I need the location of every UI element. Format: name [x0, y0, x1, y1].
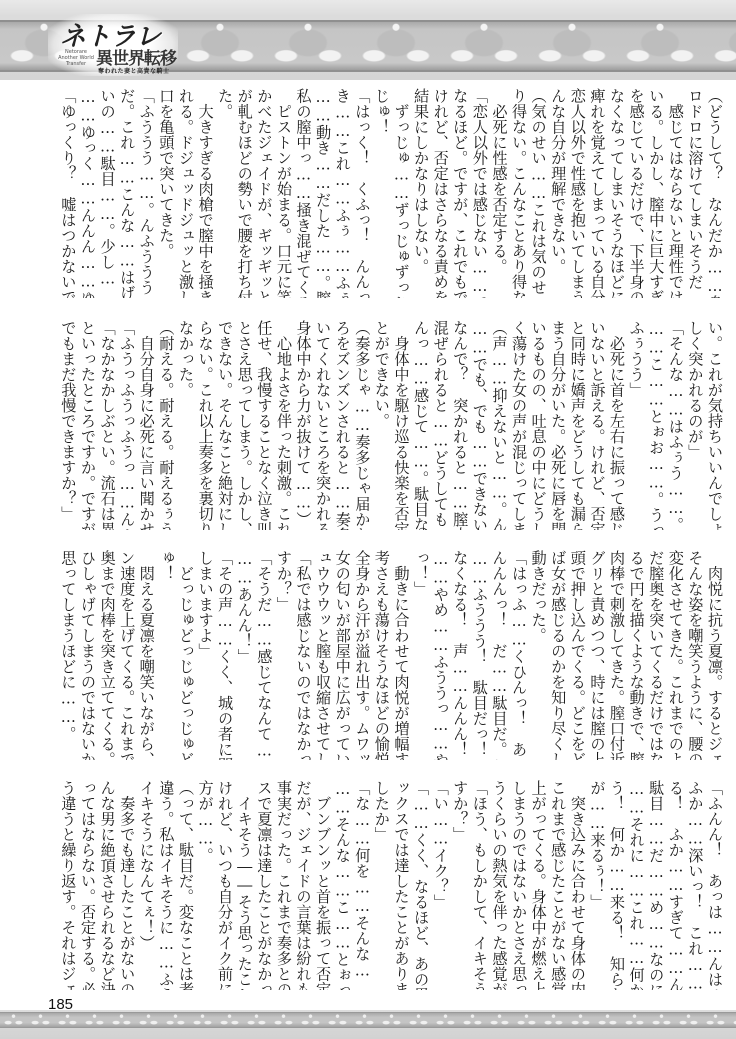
text-column: 駄目……だ……め……なのに……声が — [646, 780, 666, 990]
text-column: 痺れを覚えてしまっている自分がいた。 — [587, 88, 607, 298]
text-column: い。これが気持ちいいんでしょ？ 激 — [704, 320, 724, 530]
text-column: 「その声……くく、城の者に聞かれて — [215, 550, 235, 760]
text-column: ろをズンズンされると……奏多じゃ突 — [332, 320, 352, 530]
text-column: 「はっく！ くふっ！ んんっ……動 — [352, 88, 372, 298]
text-column: 変化させてきた。これまでのようにた — [665, 550, 685, 760]
text-column: しまうのではないかとさえ思ってしま — [508, 780, 528, 990]
text-column: ひしゃげてしまうのではないかとさえ — [77, 550, 97, 760]
text-column: れる。ドジュッドジュッと激しく子宮 — [175, 88, 195, 298]
text-column: 頭で押し込んでくる。どこをどう弄れ — [567, 550, 587, 760]
text-column: が軋むほどの勢いで腰を打ち付けてき — [234, 88, 254, 298]
text-column: すか？」 — [450, 780, 470, 990]
text-column: く蕩けた女の声が混じってしまう。 — [508, 320, 528, 530]
text-column: なくなってしまいそうなほどに、甘い — [606, 88, 626, 298]
text-column: っ！」 — [411, 550, 431, 760]
text-column: 「はっふ……くひんっ！ あっは…… — [508, 550, 528, 760]
text-column: イキそうになんてぇ！） — [136, 780, 156, 990]
text-column: けれど、いつも自分がイク前に奏多の — [215, 780, 235, 990]
text-column: ……でも、でも……できない。これ…… — [469, 320, 489, 530]
text-column: スで夏凛は達したことがなかった。 — [254, 780, 274, 990]
text-column: 私の膣中っ……掻き混ぜてくる……」 — [293, 88, 313, 298]
text-column: なんで？ 突かれると……膣中を掻き — [450, 320, 470, 530]
text-column: 大きすぎる肉槍で膣中を掻き混ぜら — [195, 88, 215, 298]
text-column: う違うと繰り返す。それはジェイドだ — [58, 780, 78, 990]
text-column: いないと訴える。けれど、否定の言葉 — [587, 320, 607, 530]
text-column: 肉棒で刺激してきた。膣口付近をグリ — [606, 550, 626, 760]
text-column: 違う。私はイキそうに……ふうう…… — [156, 780, 176, 990]
text-column: 女の匂いが部屋中に広がっていく。ギ — [332, 550, 352, 760]
text-column: 「ゆっくり？ 嘘はつかないでくださ — [58, 88, 78, 298]
text-column: ……動き……だした……。膣中っ…… — [313, 88, 333, 298]
text-column: 全身から汗が溢れ出す。ムワッとした — [352, 550, 372, 760]
text-column: できない。そんなこと絶対にしてはな — [215, 320, 235, 530]
text-column: 突き込みに合わせて身体の内側から — [567, 780, 587, 990]
text-column: り得ない。こんなことあり得ない） — [508, 88, 528, 298]
text-column: 身体中から力が抜けて……） — [293, 320, 313, 530]
text-column: したか」 — [371, 780, 391, 990]
text-column: グリと責めつつ、時には膣の上側を亀 — [587, 550, 607, 760]
text-column: じゅ！ — [371, 88, 391, 298]
text-column: 必死に性感を否定する。 — [489, 88, 509, 298]
text-column: と同時に嬌声をどうしても漏らしてし — [567, 320, 587, 530]
text-column: とさえ思ってしまう。しかし、それは — [234, 320, 254, 530]
text-column: た。 — [215, 88, 235, 298]
text-column: ……ゆっく……んんん……ゆっくり」 — [77, 88, 97, 298]
text-column: 恋人以外で性感を抱いてしまう――そ — [567, 88, 587, 298]
text-column: でもまだ我慢できますか？」 — [58, 320, 78, 530]
text-column: かべたジェイドが、ギッギッとベッド — [254, 88, 274, 298]
text-column: しまいますよ」 — [195, 550, 215, 760]
text-column: 「そうだ……感じてなんて……あっ…… — [254, 550, 274, 760]
text-column: ずっじゅ……ずっじゅずっじゅずっ — [391, 88, 411, 298]
text-column: なくなる！ 声……んんん！ 我慢が — [450, 550, 470, 760]
text-column: 「い……イク？」 — [430, 780, 450, 990]
text-column: ……こ……とぉお……。うっうっ……う — [646, 320, 666, 530]
text-column: ……ふううう！ 駄目だっ！ 抑えられ — [469, 550, 489, 760]
text-column: を感じているだけで、下半身の感覚が — [626, 88, 646, 298]
text-column: ……あんん！」 — [234, 550, 254, 760]
text-column: 「な……何を……そんな……んんんっ — [352, 780, 372, 990]
text-column: 混ぜられると……どうしても……んん — [430, 320, 450, 530]
text-column: だ。これ……こんな……はげ……激し — [117, 88, 137, 298]
text-column: ブンブンッと首を振って否定する。 — [313, 780, 333, 990]
text-column: 思ってしまうほどに……。 — [58, 550, 78, 760]
text-column: 動きに合わせて肉悦が増幅する。思 — [391, 550, 411, 760]
text-column: ふか……深いっ！ これ……深すぎ — [685, 780, 705, 990]
text-column: だが、ジェイドの言葉は紛れもない — [293, 780, 313, 990]
text-column: 任せ、我慢することなく泣き叫びたい — [254, 320, 274, 530]
text-column: 「恋人以外では感じない……ですか。 — [469, 88, 489, 298]
text-column: ……やめ……ふううっ……やめろぉお — [430, 550, 450, 760]
text-column: 「……くく、なるほど、あの男とのセ — [411, 780, 431, 990]
text-column: （奏多じゃ……奏多じゃ届かないとこ — [352, 320, 372, 530]
text-column: けれど、否定はさらなる責めを生む — [430, 88, 450, 298]
text-column: 方が……。 — [195, 780, 215, 990]
text-column: 「なかなかしぶとい。流石は異空騎士 — [97, 320, 117, 530]
text-column: るで円を描くような動きで、膣全体を — [626, 550, 646, 760]
text-column: いる。しかし、膣中に巨大すぎる肉棒 — [646, 88, 666, 298]
text-column: そんな姿を嘲笑うように、腰の動きを — [685, 550, 705, 760]
text-column: ン速度を上げてくる。これまで以上に — [117, 550, 137, 760]
logo-english-subtitle: Netorare Another World Transfer — [56, 49, 96, 67]
text-column: が……来るぅ！」 — [587, 780, 607, 990]
text-column: 「ふううう……。んふううう……。駄目 — [136, 88, 156, 298]
text-column: 「ほう、もしかして、イキそうなので — [469, 780, 489, 990]
text-column: いの……駄目……。少し……もう少し — [97, 88, 117, 298]
text-column: 「ふうっふうっふうっ……んふううっ — [117, 320, 137, 530]
text-column: る！ ふか……すぎて……んん！ — [665, 780, 685, 990]
text-column: ピストンが始まる。口元に笑みを浮 — [273, 88, 293, 298]
text-column: 動きだった。 — [528, 550, 548, 760]
text-column: 事実だった。これまで奏多とのセック — [273, 780, 293, 990]
text-column: ックスでは達したことがありませんで — [391, 780, 411, 990]
text-column: だ膣奥を突いてくるだけではない。ま — [646, 550, 666, 760]
text-column: 肉悦に抗う夏凛。するとジェイドは — [704, 550, 724, 760]
text-column: なかった。 — [175, 320, 195, 530]
text-column: き……これ……ふぅ……ふぅ……ふぅ — [332, 88, 352, 298]
text-column: 口を亀頭で突いてきた。 — [156, 88, 176, 298]
text-column: ゅ！ — [156, 550, 176, 760]
text-tier-2: い。これが気持ちいいんでしょ？ 激しく突かれるのが」「そんな……はふぅう……。そ… — [40, 320, 724, 530]
text-column: んな自分が理解できない。 — [548, 88, 568, 298]
text-column: いてくれないところを突かれると…… — [313, 320, 333, 530]
text-column: んんんっ！ だ……駄目だ。これは…… — [489, 550, 509, 760]
text-column: ば女が感じるのかを知り尽くしている — [548, 550, 568, 760]
text-column: まう自分がいた。必死に唇を閉じては — [548, 320, 568, 530]
text-column: ロドロに溶けてしまいそうだ……） — [685, 88, 705, 298]
text-column: 身体中を駆け巡る快楽を否定するこ — [391, 320, 411, 530]
text-column: （気のせい……これは気のせいだ。あ — [528, 88, 548, 298]
text-column: んっ……感じて……。駄目なのに……） — [411, 320, 431, 530]
text-tier-3: 肉悦に抗う夏凛。するとジェイドはそんな姿を嘲笑うように、腰の動きを変化させてきた… — [40, 550, 724, 760]
text-column: どっじゅどっじゅどっじゅどっじゅどっじ — [175, 550, 195, 760]
bottom-ornamental-border — [0, 1012, 736, 1028]
logo-tagline: 奪われた妻と高貴な騎士 — [98, 66, 170, 75]
text-tier-1: （どうして？ なんだか……身体がドロドロに溶けてしまいそうだ……） 感じてはなら… — [40, 88, 724, 298]
text-column: （って、駄目だ。変なことは考えるな。 — [175, 780, 195, 990]
text-column: 心地よさを伴った刺激。これに身を — [273, 320, 293, 530]
text-column: らない。これ以上奏多を裏切りたくは — [195, 320, 215, 530]
text-column: ってはならない。否定する。必死に違 — [77, 780, 97, 990]
text-column: 「そんな……はふぅう……。そんな…… — [665, 320, 685, 530]
text-column: （どうして？ なんだか……身体がド — [704, 88, 724, 298]
text-column: 「私では感じないのではなかったので — [293, 550, 313, 760]
text-column: 必死に首を左右に振って感じてなど — [606, 320, 626, 530]
text-column: 奥まで肉棒を突き立ててくる。子宮が — [97, 550, 117, 760]
text-column: いるものの、吐息の中にどうしても甘 — [528, 320, 548, 530]
text-column: イキそう――そう思ったことはある。 — [234, 780, 254, 990]
text-column: （耐える。耐える。耐えるぅううっ！ — [156, 320, 176, 530]
text-column: とができない。 — [371, 320, 391, 530]
text-column: といったところですか。ですが、これ — [77, 320, 97, 530]
text-column: うくらいの熱気を伴った感覚が……。 — [489, 780, 509, 990]
text-column: 結果にしかなりはしない。 — [411, 88, 431, 298]
text-column: 上がってくる。身体中が燃え上がって — [528, 780, 548, 990]
text-column: ュウウウッと膣も収縮させてしまう。 — [313, 550, 333, 760]
book-logo: ネトラレ Netorare Another World Transfer 異世界… — [48, 14, 178, 76]
text-column: ……そんな……こ……とぉっ！」 — [332, 780, 352, 990]
text-column: （声……抑えないと……。んんんっ…… — [489, 320, 509, 530]
text-column: しく突かれるのが」 — [685, 320, 705, 530]
text-column: なるほど。ですが、これでもですか？」 — [450, 88, 470, 298]
text-column: 考さえも蕩けそうなほどの愉悦だった。 — [371, 550, 391, 760]
text-column: 悶える夏凛を嘲笑いながら、ピスト — [136, 550, 156, 760]
text-column: 奏多でも達したことがないのに、こ — [117, 780, 137, 990]
text-column: これまで感じたことがない感覚が膨れ — [548, 780, 568, 990]
text-column: ふぅうう」 — [626, 320, 646, 530]
text-column: う！ 何か……来る！ 知らない何か — [606, 780, 626, 990]
text-column: ……それに……これ……何か……ふう — [626, 780, 646, 990]
text-column: 「ふんん！ あっは……んはぁあ！ — [704, 780, 724, 990]
text-column: 自分自身に必死に言い聞かせる。 — [136, 320, 156, 530]
text-column: んな男に絶頂させられるなど決してあ — [97, 780, 117, 990]
text-column: 感じてはならないと理性では思って — [665, 88, 685, 298]
text-tier-4: 「ふんん！ あっは……んはぁあ！ふか……深いっ！ これ……深すぎる！ ふか……す… — [40, 780, 724, 990]
text-column: すか？」 — [273, 550, 293, 760]
